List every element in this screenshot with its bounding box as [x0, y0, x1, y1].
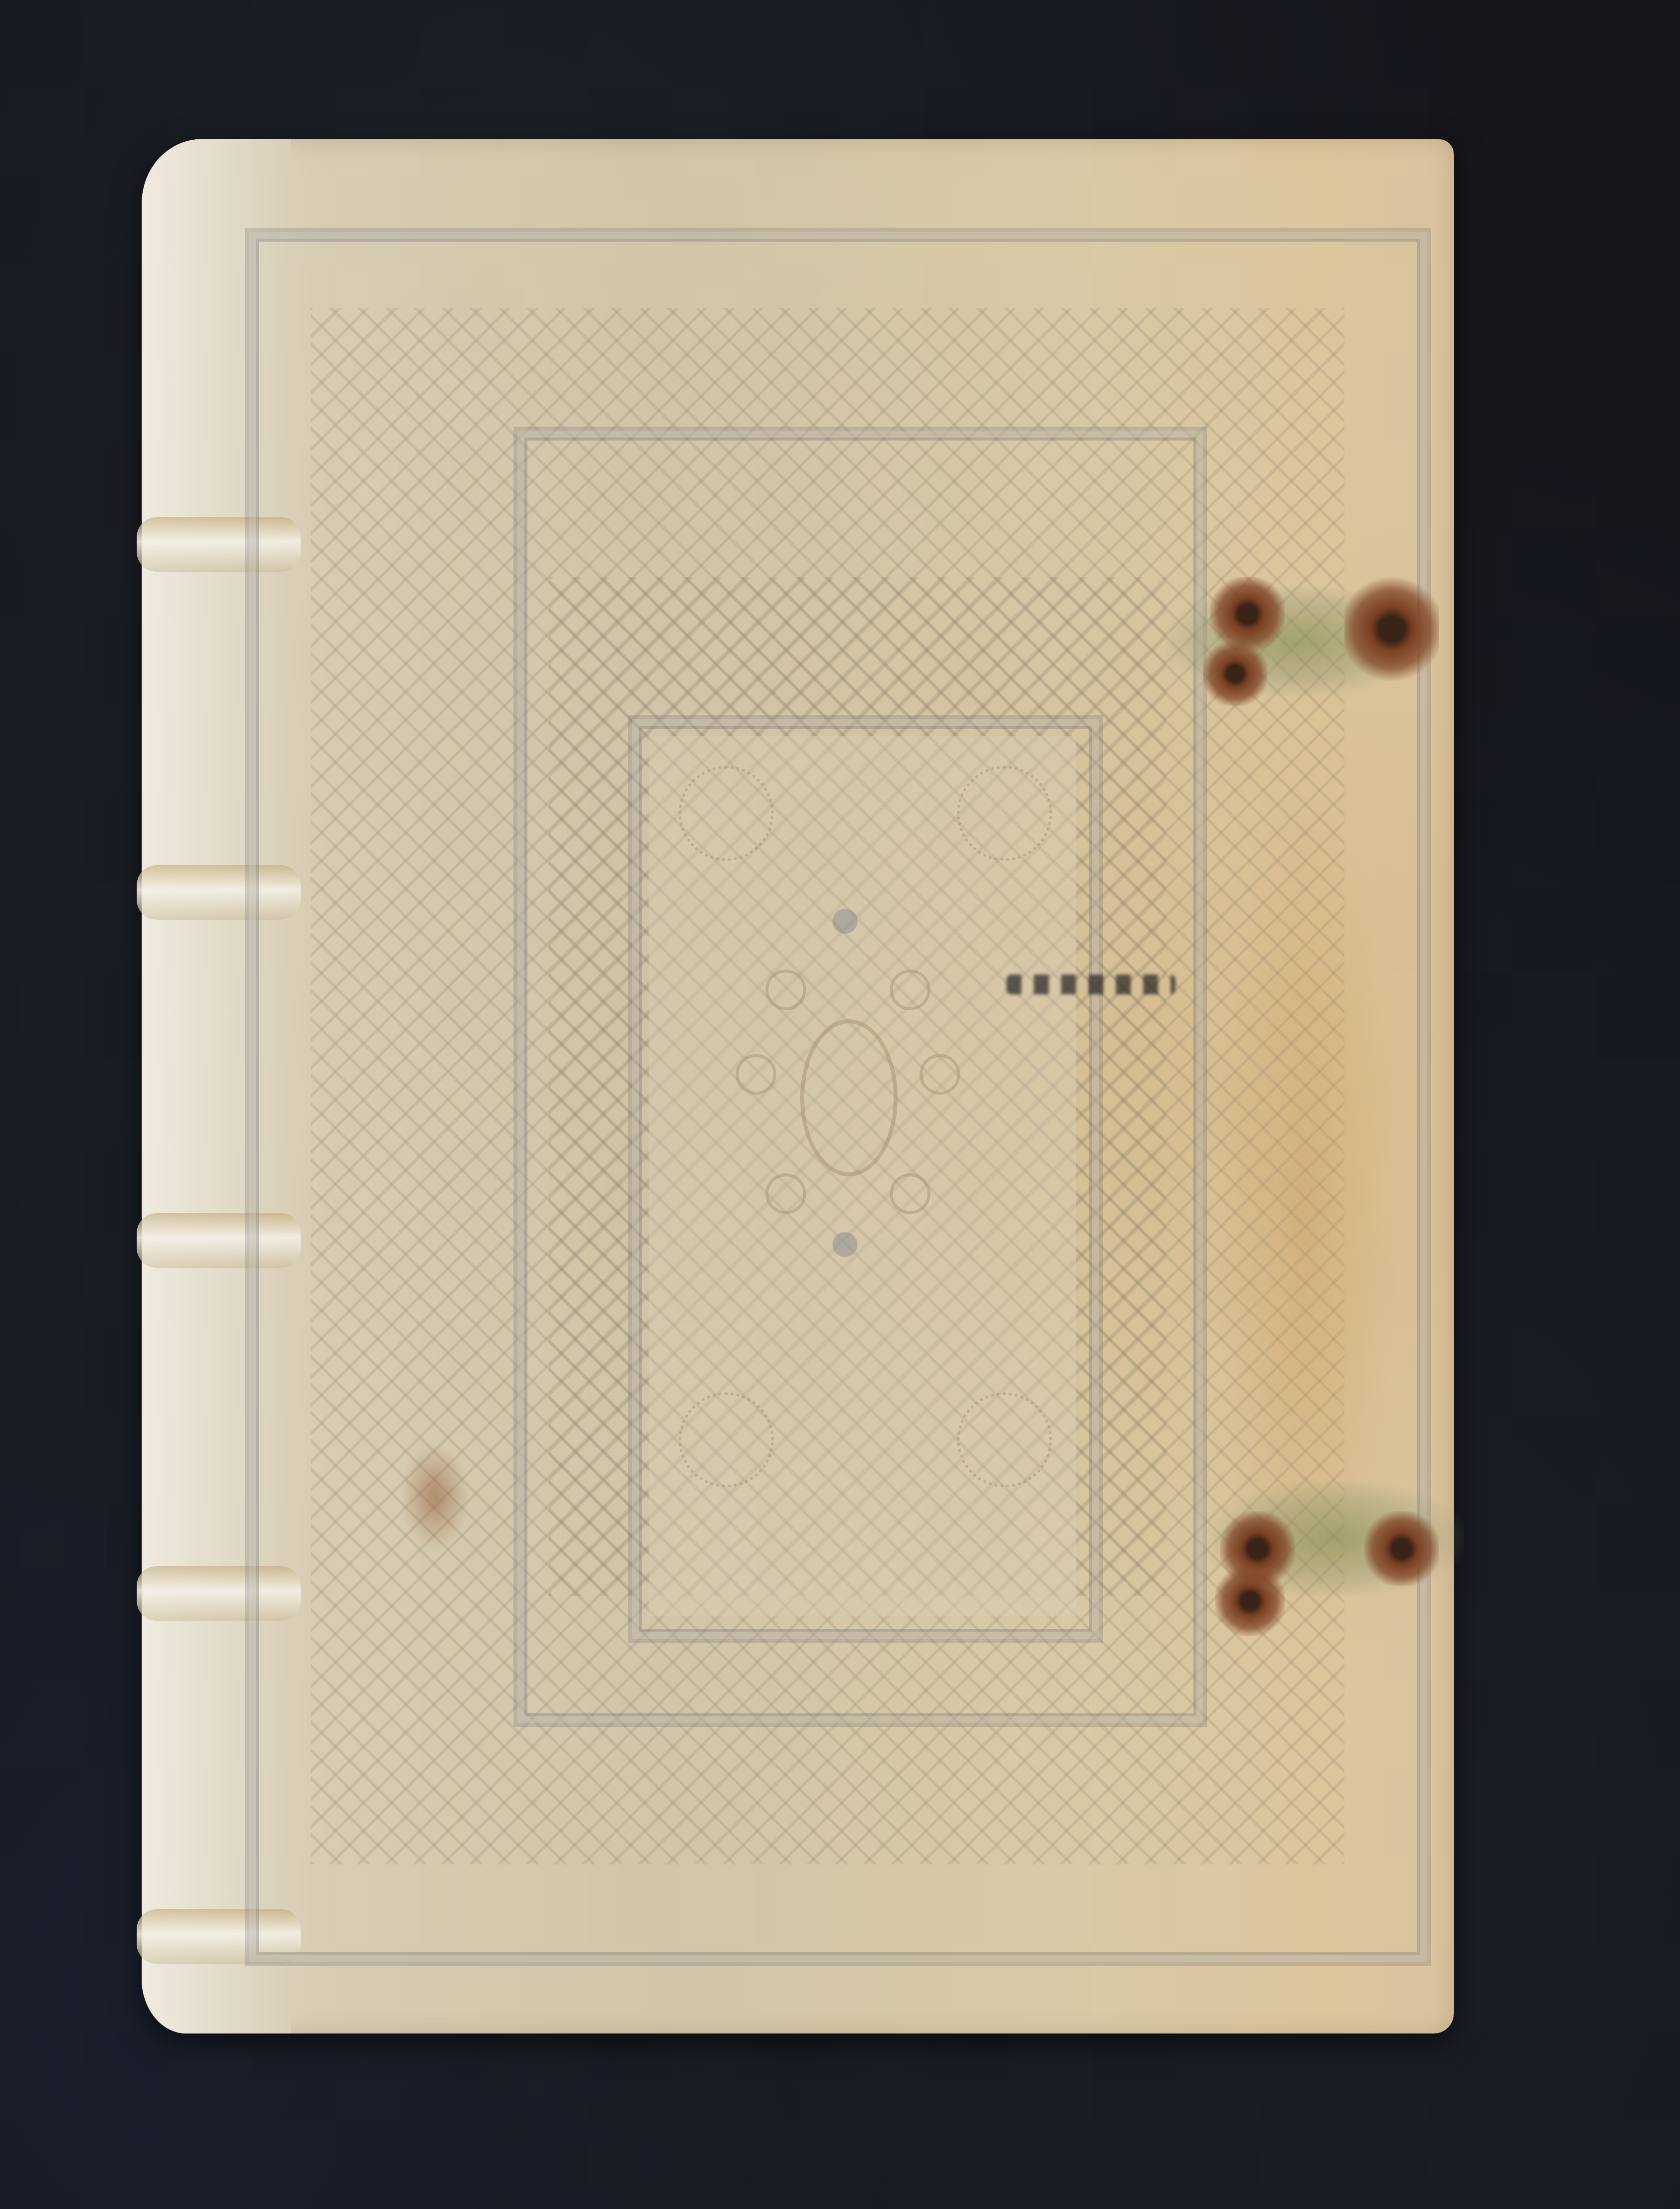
stain: [400, 1442, 470, 1551]
ink-marks: [1007, 974, 1176, 994]
clasp-nail-icon: [1215, 1566, 1285, 1636]
vellum-book: [142, 139, 1454, 2033]
scroll-ornament: [920, 1054, 960, 1095]
fleur-de-lis-icon: [830, 905, 860, 960]
corner-ornament: [678, 766, 774, 861]
corner-ornament: [678, 1392, 774, 1488]
clasp-nail-icon: [1364, 1511, 1439, 1586]
fleur-de-lis-icon: [830, 1228, 860, 1283]
oval-cartouche: [800, 1019, 898, 1176]
scroll-ornament: [890, 970, 930, 1010]
clasp-nail-icon: [1210, 577, 1285, 651]
clasp-nail-icon: [1203, 641, 1267, 706]
clasp-plate-remnant: [1344, 577, 1439, 681]
centerpiece-cartouche: [736, 905, 954, 1283]
corner-ornament: [957, 766, 1052, 861]
corner-ornament: [957, 1392, 1052, 1488]
scroll-ornament: [765, 970, 806, 1010]
scroll-ornament: [736, 1054, 776, 1095]
scroll-ornament: [765, 1173, 806, 1214]
scroll-ornament: [890, 1173, 930, 1214]
